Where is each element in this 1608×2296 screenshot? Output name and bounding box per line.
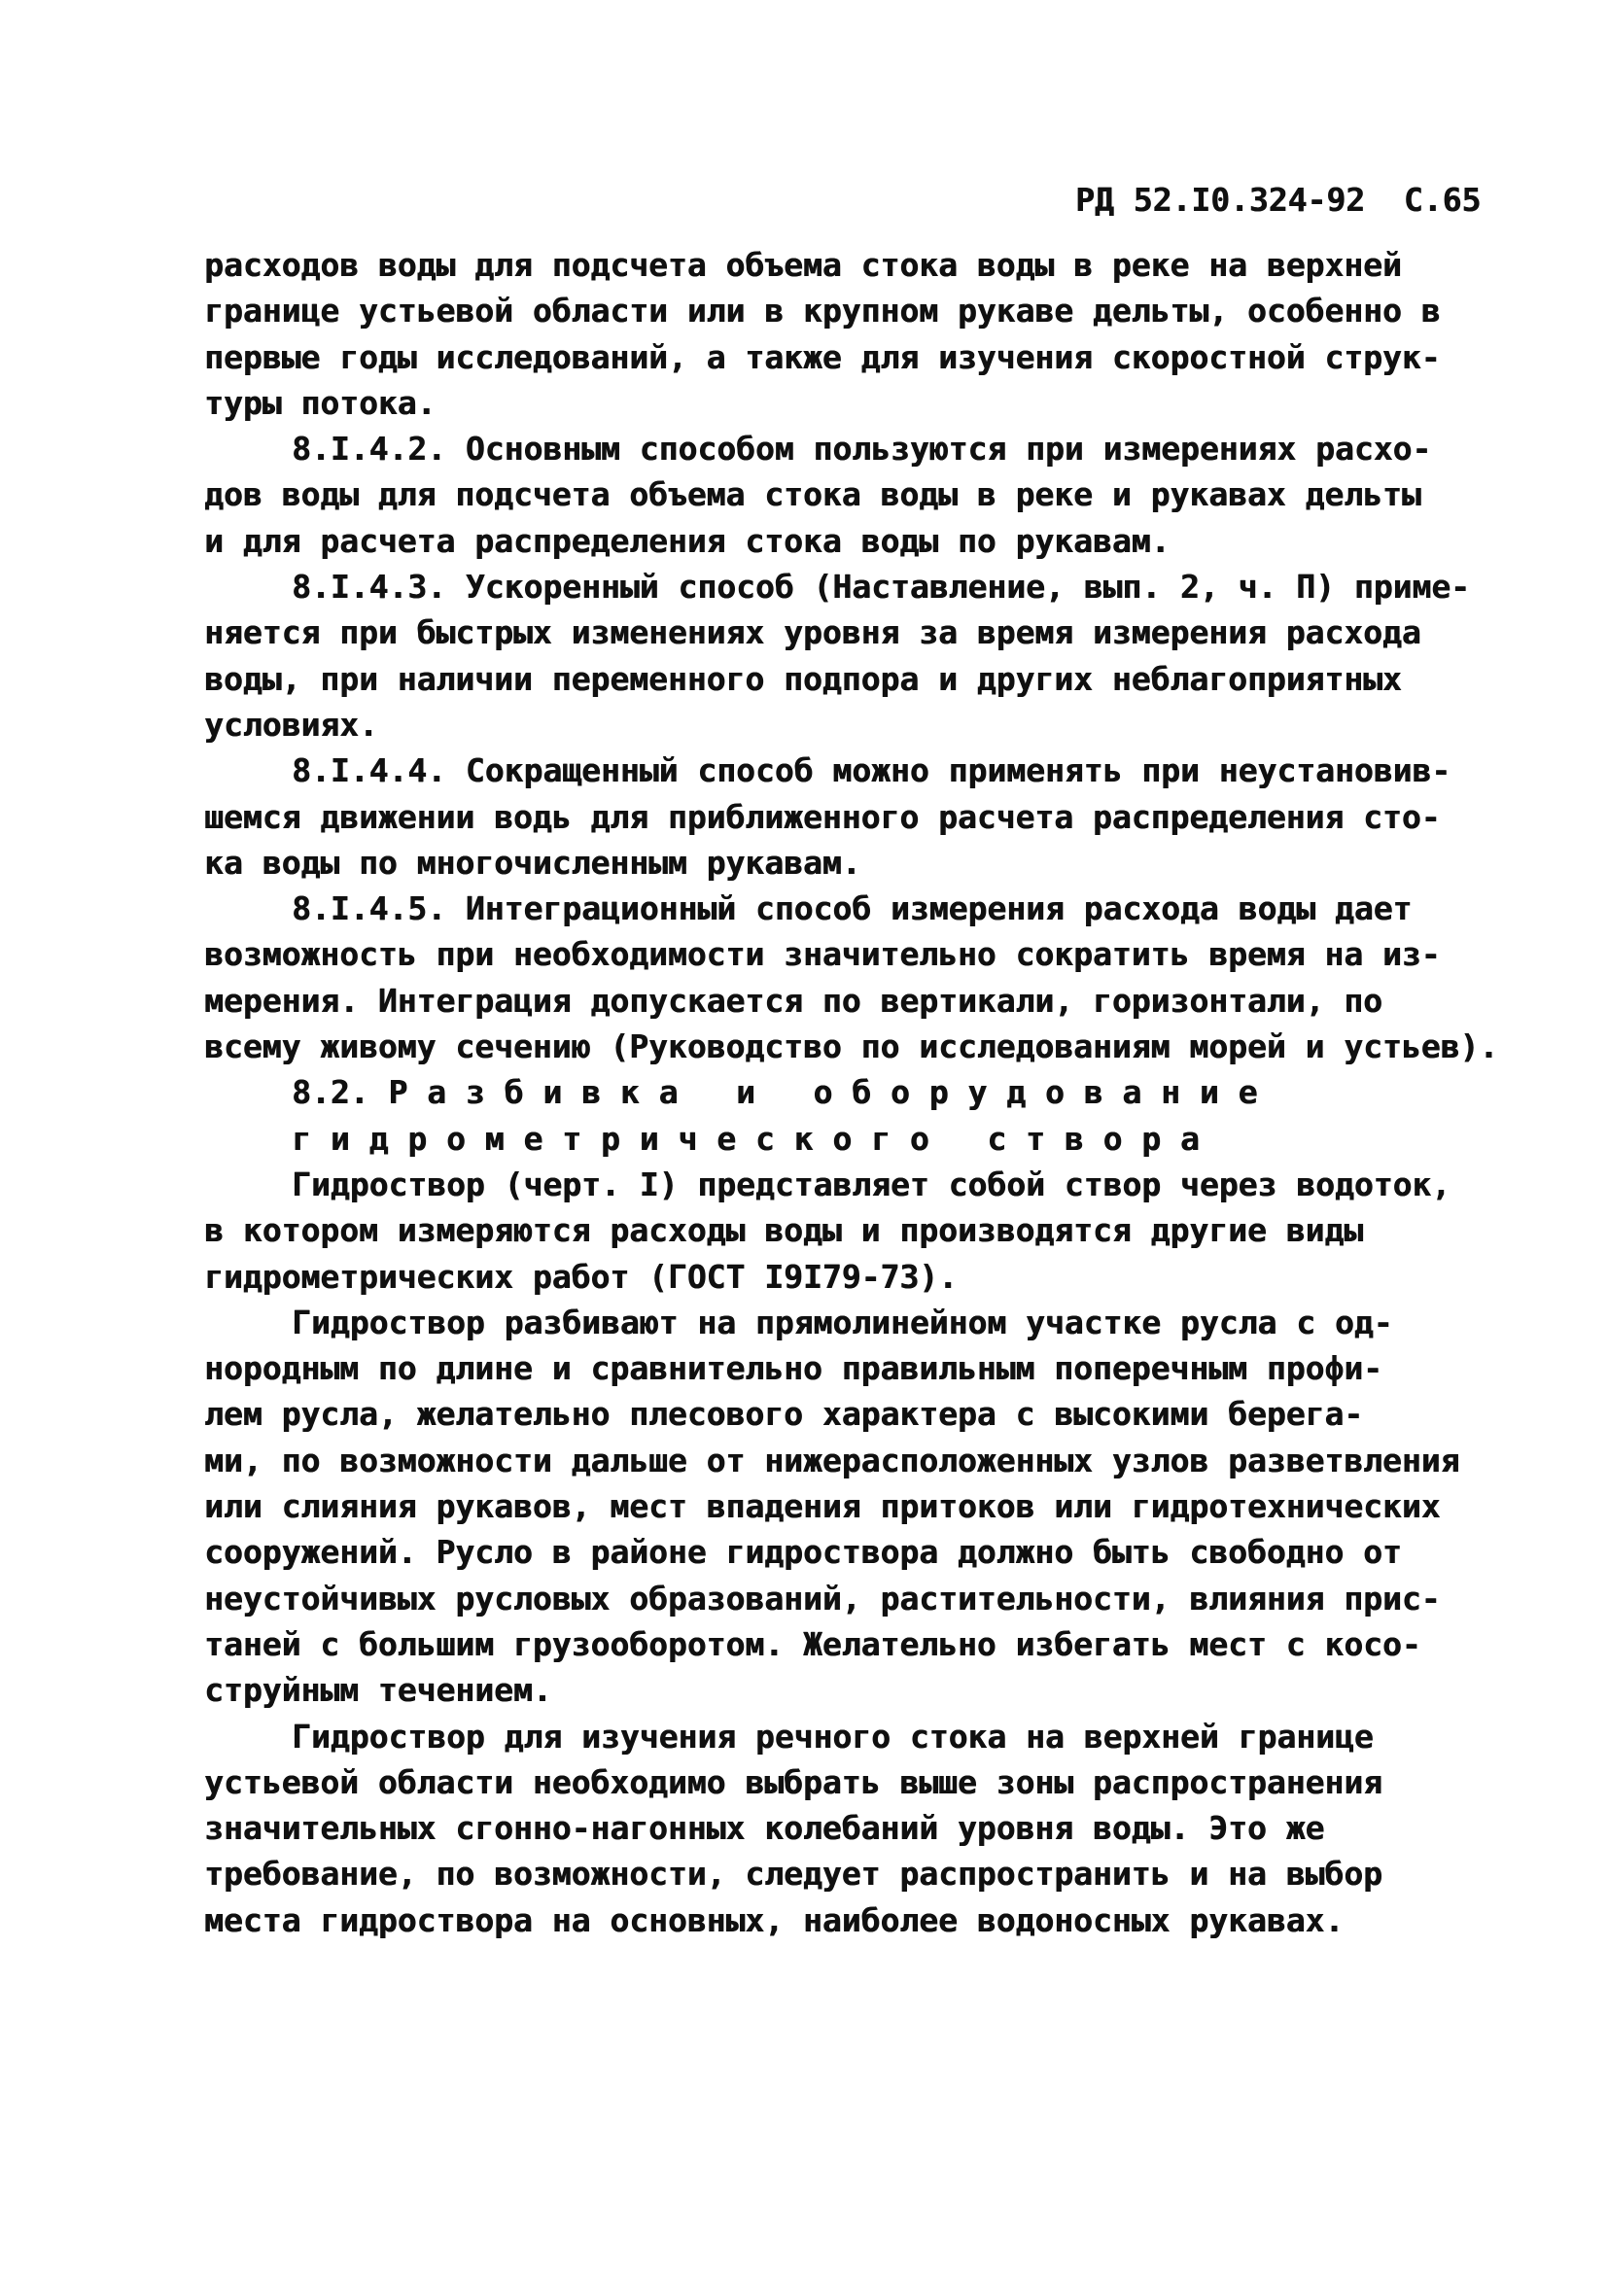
text-line: границе устьевой области или в крупном р… xyxy=(204,288,1585,333)
text-line: Гидроствор для изучения речного стока на… xyxy=(204,1714,1585,1759)
text-line: воды, при наличии переменного подпора и … xyxy=(204,656,1585,702)
text-line: в котором измеряются расходы воды и прои… xyxy=(204,1207,1585,1253)
text-line: Гидроствор разбивают на прямолинейном уч… xyxy=(204,1300,1585,1345)
text-line: мерения. Интеграция допускается по верти… xyxy=(204,978,1585,1024)
text-line: 8.I.4.4. Сокращенный способ можно примен… xyxy=(204,748,1585,793)
text-line: нородным по длине и сравнительно правиль… xyxy=(204,1345,1585,1391)
text-line: струйным течением. xyxy=(204,1667,1585,1713)
text-line: 8.2. Р а з б и в к а и о б о р у д о в а… xyxy=(204,1069,1585,1115)
text-line: сооружений. Русло в районе гидроствора д… xyxy=(204,1529,1585,1575)
text-line: всему живому сечению (Руководство по исс… xyxy=(204,1024,1585,1069)
text-line: расходов воды для подсчета объема стока … xyxy=(204,242,1585,288)
document-body: расходов воды для подсчета объема стока … xyxy=(204,242,1585,1943)
text-line: или слияния рукавов, мест впадения прито… xyxy=(204,1483,1585,1529)
text-line: туры потока. xyxy=(204,380,1585,426)
text-line: возможность при необходимости значительн… xyxy=(204,931,1585,977)
text-line: няется при быстрых изменениях уровня за … xyxy=(204,609,1585,655)
scanned-document-page: РД 52.I0.324-92 С.65 расходов воды для п… xyxy=(0,0,1608,2296)
text-line: г и д р о м е т р и ч е с к о г о с т в … xyxy=(204,1116,1585,1162)
text-line: таней с большим грузооборотом. Желательн… xyxy=(204,1621,1585,1667)
text-line: дов воды для подсчета объема стока воды … xyxy=(204,471,1585,517)
text-line: 8.I.4.5. Интеграционный способ измерения… xyxy=(204,886,1585,931)
text-line: неустойчивых русловых образований, расти… xyxy=(204,1576,1585,1621)
text-line: шемся движении водь для приближенного ра… xyxy=(204,794,1585,840)
text-line: и для расчета распределения стока воды п… xyxy=(204,518,1585,564)
page-header: РД 52.I0.324-92 С.65 xyxy=(1075,181,1481,220)
text-line: 8.I.4.3. Ускоренный способ (Наставление,… xyxy=(204,564,1585,609)
text-line: требование, по возможности, следует расп… xyxy=(204,1851,1585,1896)
text-line: Гидроствор (черт. I) представляет собой … xyxy=(204,1162,1585,1207)
text-line: лем русла, желательно плесового характер… xyxy=(204,1391,1585,1437)
text-line: условиях. xyxy=(204,702,1585,748)
text-line: места гидроствора на основных, наиболее … xyxy=(204,1897,1585,1943)
text-line: гидрометрических работ (ГОСТ I9I79-73). xyxy=(204,1254,1585,1300)
text-line: первые годы исследований, а также для из… xyxy=(204,334,1585,380)
text-line: ми, по возможности дальше от нижерасполо… xyxy=(204,1438,1585,1483)
text-line: 8.I.4.2. Основным способом пользуются пр… xyxy=(204,426,1585,471)
text-line: ка воды по многочисленным рукавам. xyxy=(204,840,1585,886)
text-line: значительных сгонно-нагонных колебаний у… xyxy=(204,1805,1585,1851)
text-line: устьевой области необходимо выбрать выше… xyxy=(204,1759,1585,1805)
